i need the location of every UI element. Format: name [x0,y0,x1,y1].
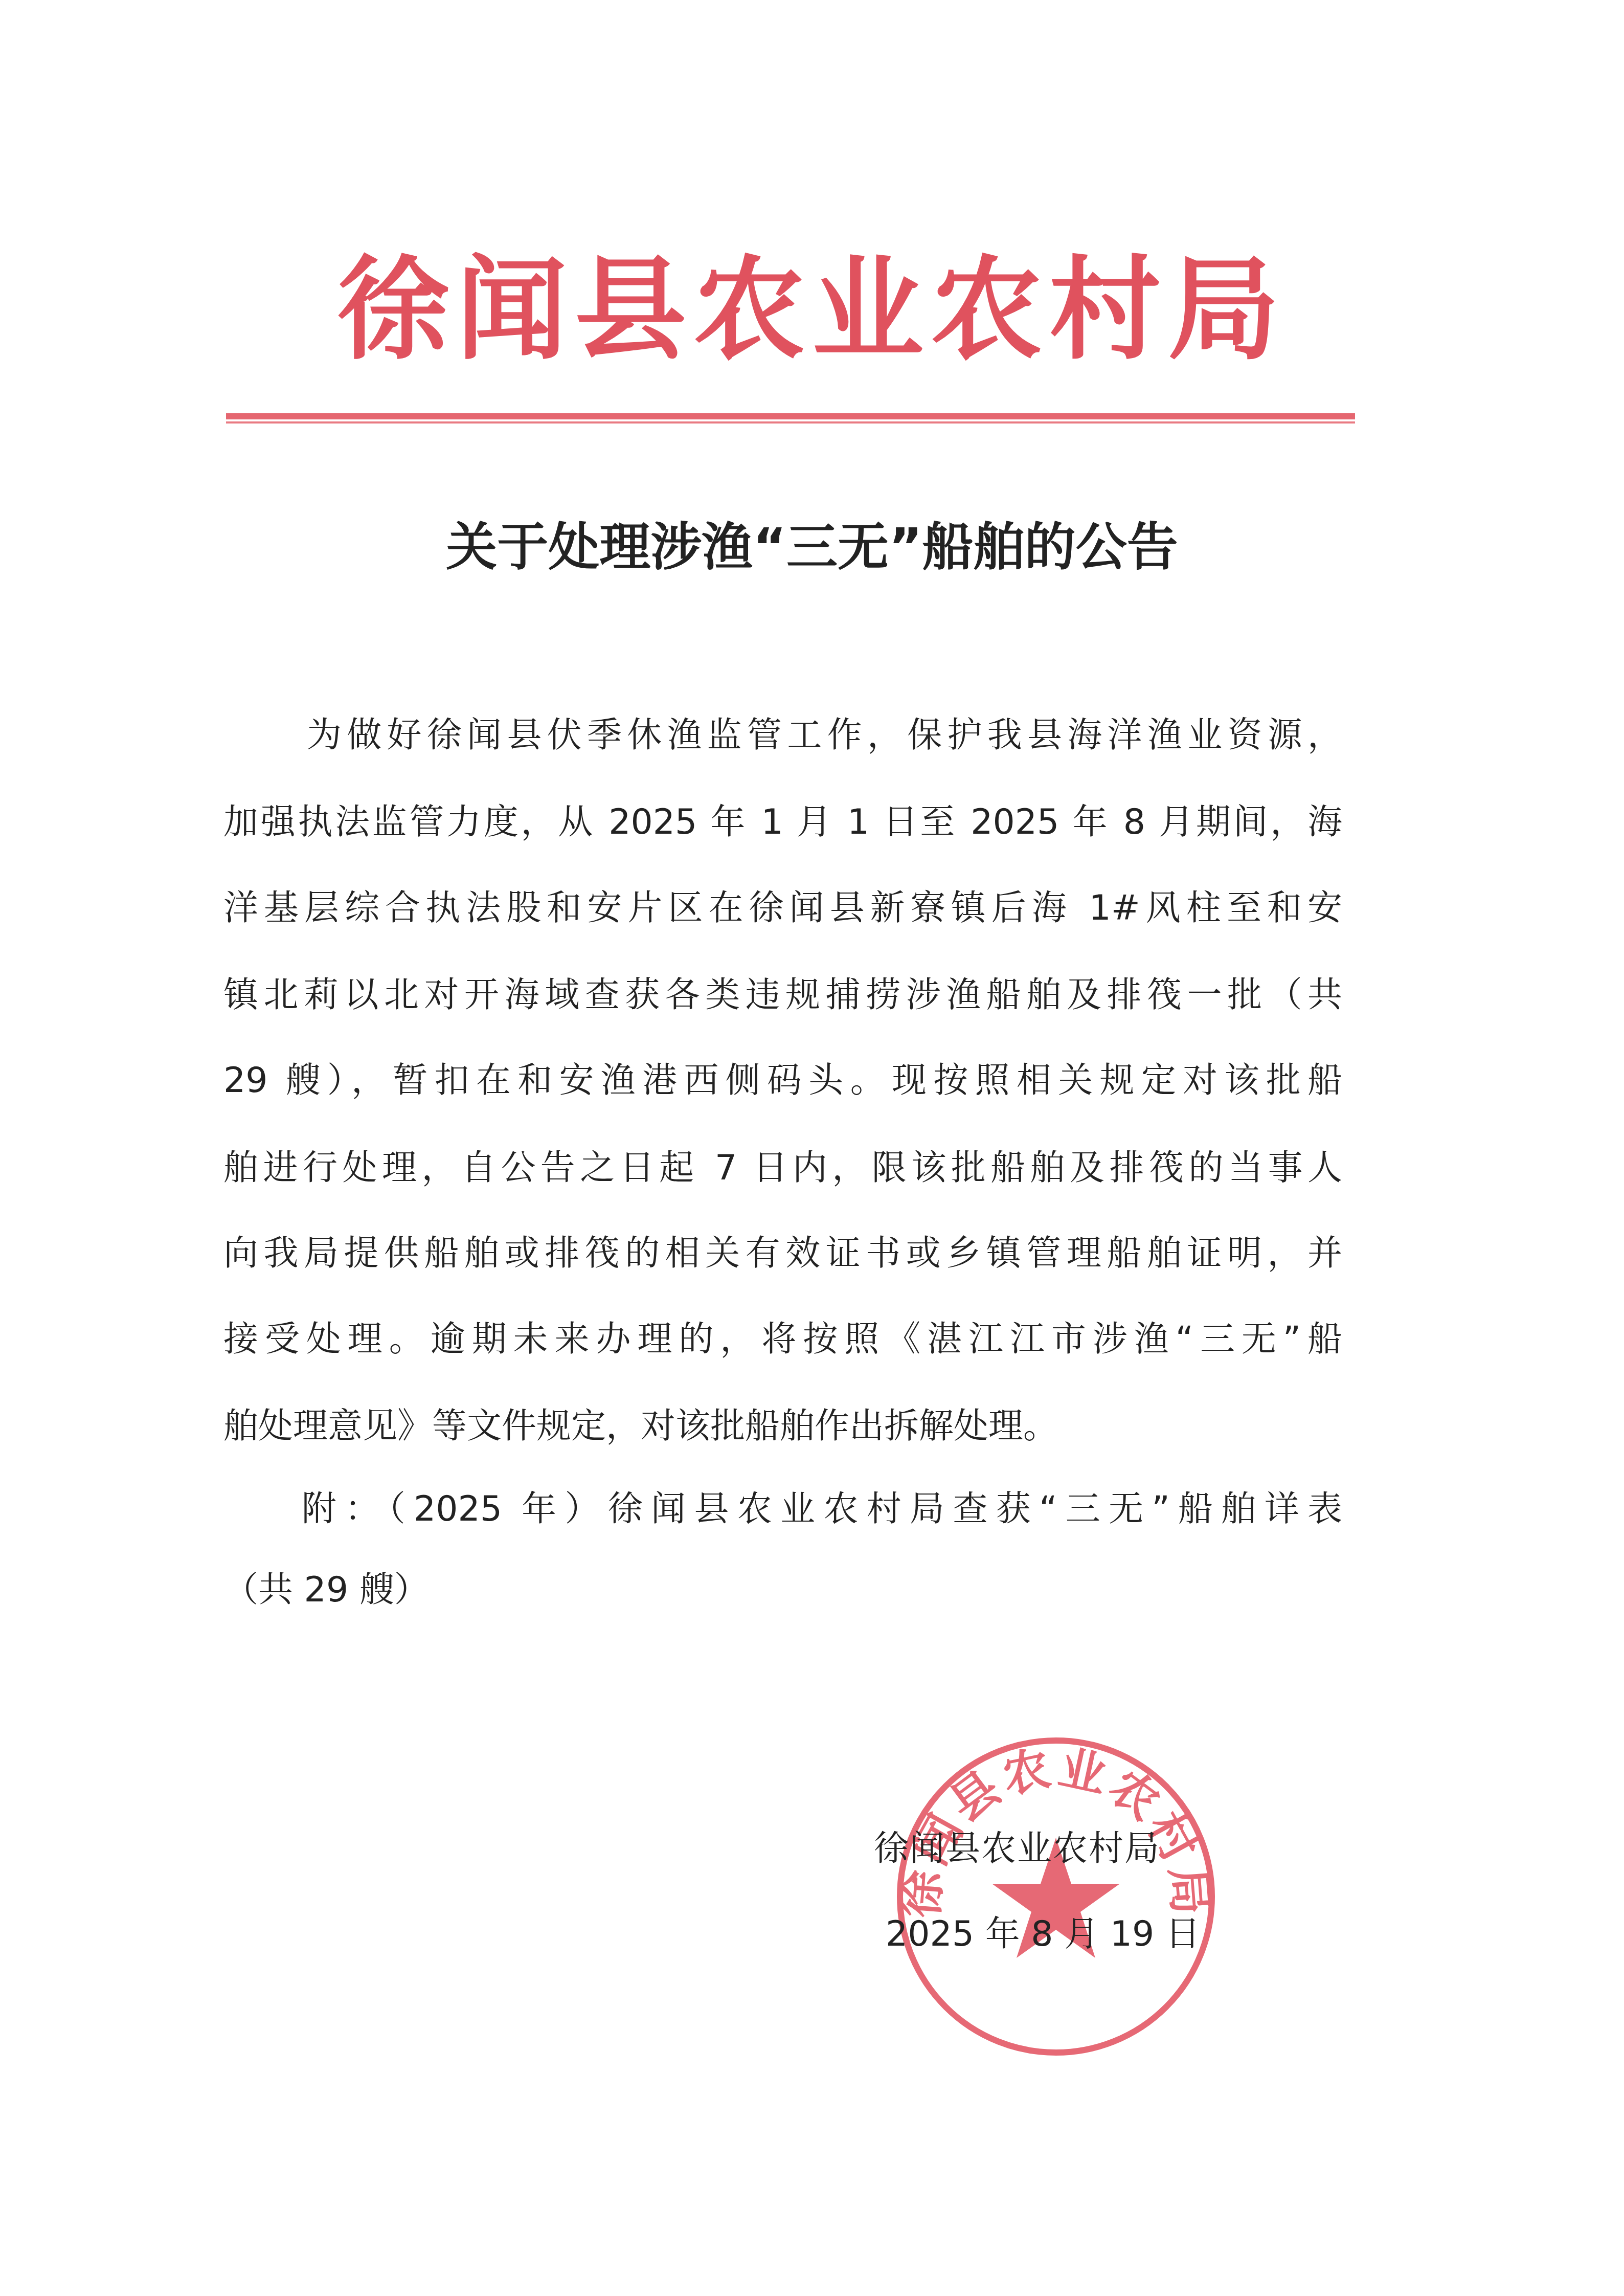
body-line-6: 舶进行处理，自公告之日起 7 日内，限该批船舶及排筏的当事人 [223,1143,1342,1194]
document-title: 关于处理涉渔“三无”船舶的公告 [0,517,1624,578]
signature-organization: 徐闻县农业农村局 [874,1823,1222,1875]
signature-date: 2025 年 8 月 19 日 [886,1909,1223,1960]
masthead-divider-thin [226,421,1355,423]
body-line-1: 为做好徐闻县伏季休渔监管工作，保护我县海洋渔业资源， [307,710,1342,761]
body-line-3: 洋基层综合执法股和安片区在徐闻县新寮镇后海 1#风柱至和安 [223,883,1342,934]
body-line-5: 29 艘），暂扣在和安渔港西侧码头。现按照相关规定对该批船 [223,1055,1342,1106]
attachment-line-1: 附：（2025 年）徐闻县农业农村局查获“三无”船舶详表 [302,1484,1342,1535]
attachment-line-2: （共 29 艘） [223,1565,530,1616]
official-seal: 徐闻县农业农村局 [892,1733,1220,2060]
body-line-8: 接受处理。逾期未来办理的，将按照《湛江江市涉渔“三无”船 [223,1314,1342,1365]
masthead-divider-thick [226,413,1355,419]
body-line-9: 舶处理意见》等文件规定，对该批船舶作出拆解处理。 [223,1401,1180,1452]
body-line-4: 镇北莉以北对开海域查获各类违规捕捞涉渔船舶及排筏一批（共 [223,970,1342,1021]
body-line-2: 加强执法监管力度，从 2025 年 1 月 1 日至 2025 年 8 月期间，… [223,797,1342,848]
masthead-organization: 徐闻县农业农村局 [0,243,1624,376]
body-line-7: 向我局提供船舶或排筏的相关有效证书或乡镇管理船舶证明，并 [223,1228,1342,1279]
